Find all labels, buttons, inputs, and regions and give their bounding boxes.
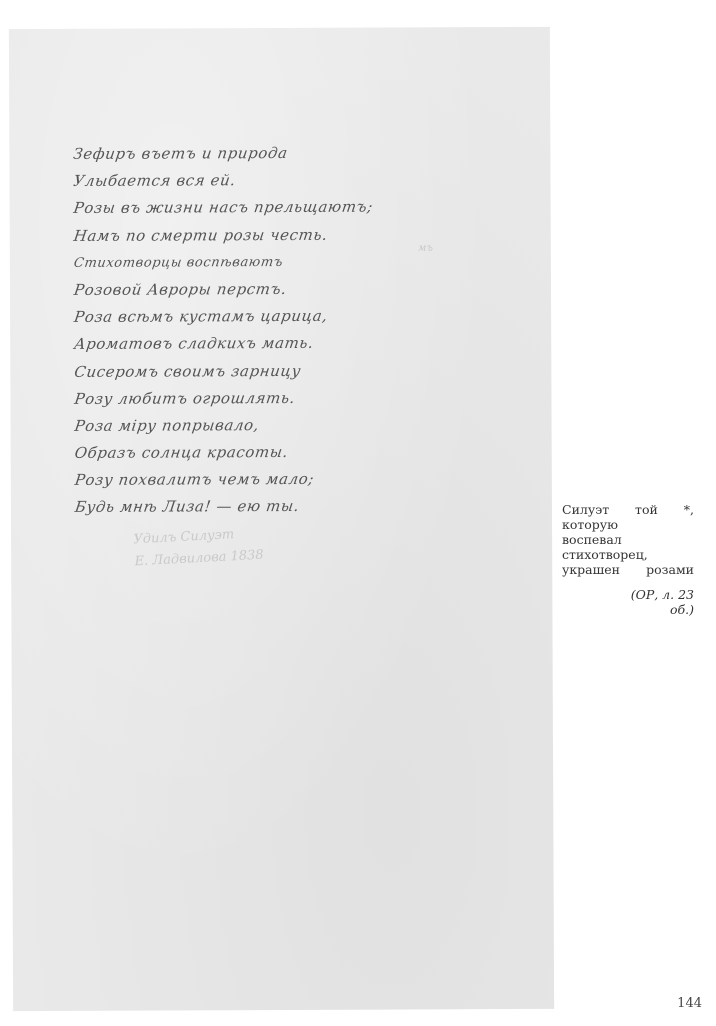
caption-source-line: (ОР, л. 23	[562, 587, 694, 602]
poem-line: Зефиръ въетъ и природа	[72, 139, 536, 168]
pencil-inscription: Удилъ Силуэт Е. Ладвилова 1838	[133, 523, 264, 574]
poem-line: Розу похвалитъ чемъ мало;	[73, 465, 537, 494]
poem-line: Улыбается вся ей.	[72, 166, 536, 195]
poem-line: Ароматовъ сладкихъ мать.	[72, 329, 536, 358]
caption-line: стихотворец,	[562, 547, 694, 562]
poem-line: Роза всѣмъ кустамъ царица,	[72, 302, 536, 331]
poem-line: Намъ по смерти розы честь.	[72, 220, 536, 249]
figure-caption: Силуэт той *, которую воспевал стихотвор…	[562, 502, 694, 617]
caption-line: украшен розами	[562, 562, 694, 577]
poem-line: Будь мнѣ Лиза! — ею ты.	[73, 492, 537, 521]
poem-line: Стихотворцы воспѣваютъ	[72, 248, 536, 277]
caption-source: (ОР, л. 23 об.)	[562, 587, 694, 617]
caption-line: Силуэт той *,	[562, 502, 694, 517]
handwritten-poem: Зефиръ въетъ и природа Улыбается вся ей.…	[73, 139, 535, 522]
caption-source-line: об.)	[562, 602, 694, 617]
page-number: 144	[677, 996, 702, 1011]
poem-line: Розовой Авроры перстъ.	[72, 275, 536, 304]
caption-line: воспевал	[562, 532, 694, 547]
poem-line: Сиcеромъ своимъ зарницу	[73, 356, 537, 385]
poem-line: Розу любитъ огрошлять.	[73, 384, 537, 413]
caption-line: которую	[562, 517, 694, 532]
poem-line: Розы въ жизни насъ прельщаютъ;	[72, 193, 536, 222]
pencil-note: мъ	[418, 243, 433, 254]
poem-line: Роза міру попрывало,	[73, 411, 537, 440]
poem-line: Образъ солнца красоты.	[73, 438, 537, 467]
manuscript-photo: Зефиръ въетъ и природа Улыбается вся ей.…	[9, 27, 554, 1011]
